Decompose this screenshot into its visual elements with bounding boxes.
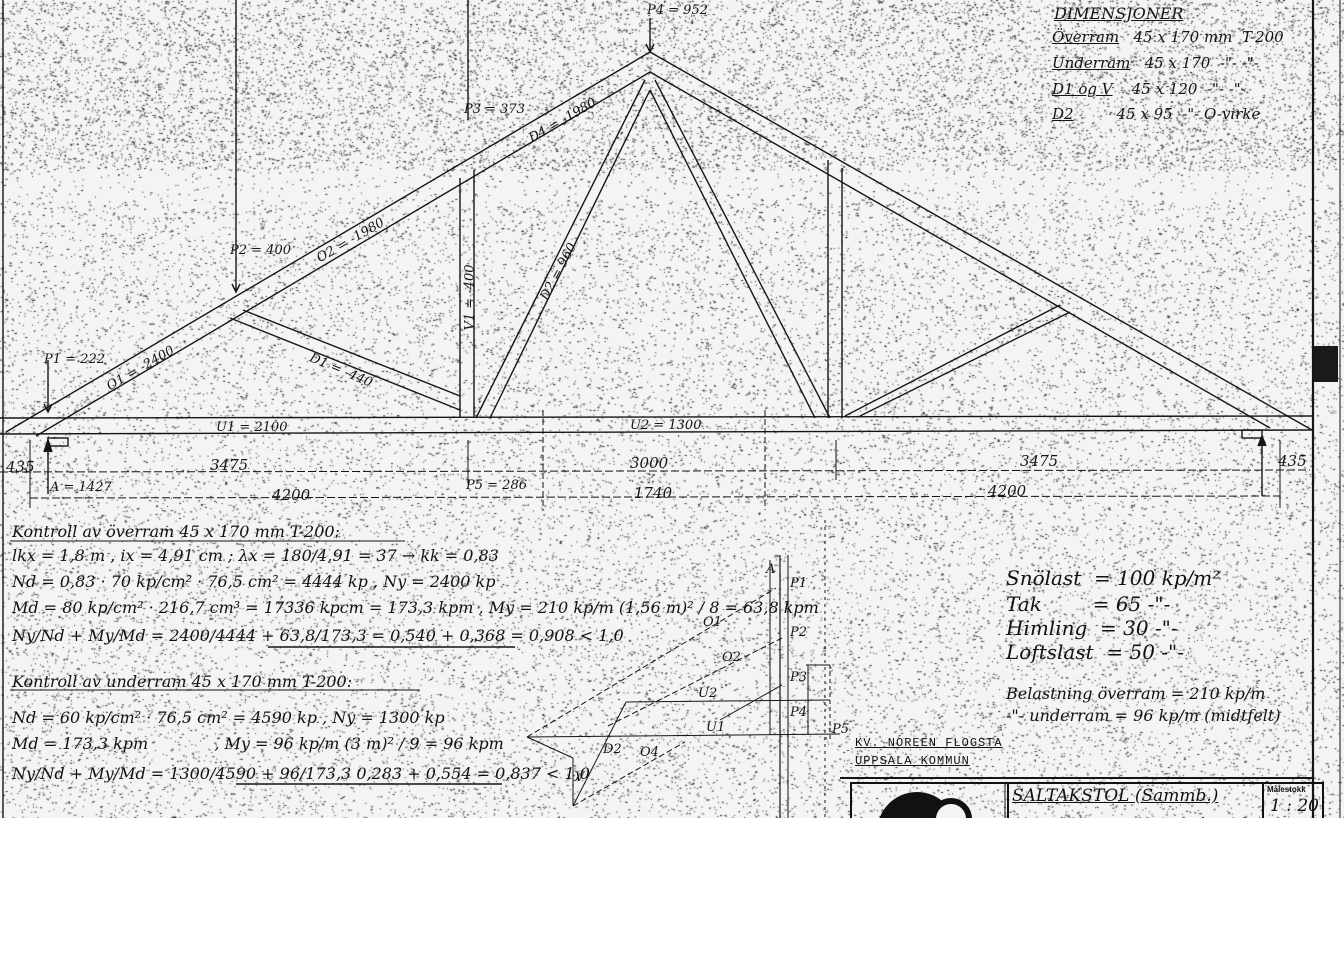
dim-span-mid: 3000: [630, 454, 668, 472]
dim-span-right: 3475: [1020, 452, 1058, 470]
calc-heading: Kontroll av överram 45 x 170 mm T-200:: [12, 522, 340, 541]
fp-label-a: A: [766, 562, 775, 577]
label-p2: P2 = 400: [230, 243, 291, 258]
load-row: Loftslast = 50 -"-: [1006, 640, 1184, 664]
calc-check-result: = 0,540 + 0,368 = 0,908 < 1,0: [372, 626, 624, 645]
load-label: Snölast: [1006, 566, 1081, 590]
fp-label-d2: D2: [603, 742, 622, 757]
fp-label-o1: O1: [703, 615, 722, 630]
scale-box: Målestokk 1 : 20: [1262, 784, 1322, 818]
label-p3: P3 = 373: [464, 102, 525, 117]
fp-label-p5: P5: [832, 722, 849, 737]
calc-my: , My = 96 kp/m (3 m)² / 9 = 96 kpm: [214, 734, 503, 753]
dim-size: 45 x 95: [1117, 105, 1173, 123]
calc-line: Nd = 0,83 · 70 kp/cm² · 76,5 cm² = 4444 …: [12, 572, 495, 591]
calc-check-lhs: Ny/Nd + My/Md = 1300/4590 + 96/173,3: [12, 764, 351, 783]
label-p4: P4 = 952: [647, 3, 708, 18]
dim-member: D1 og V: [1052, 80, 1113, 98]
load-top-chord: Belastning överram = 210 kp/m: [1006, 684, 1265, 703]
drawing-sheet: DIMENSJONER Överram 45 x 170 mm T-200 Un…: [0, 0, 1344, 818]
fp-label-p4: P4: [790, 705, 807, 720]
fp-label-o2: O2: [722, 650, 741, 665]
title-block: SALTAKSTOL (Sammb.) Målestokk 1 : 20: [850, 782, 1324, 818]
load-row: Snölast = 100 kp/m²: [1006, 566, 1220, 590]
dim-overhang-left: 435: [6, 458, 35, 476]
calc-line: lkx = 1,8 m , ix = 4,91 cm ; λx = 180/4,…: [12, 546, 499, 565]
calc-check-lhs: Ny/Nd + My/Md = 2400/4444 + 63,8/173,3: [12, 626, 367, 645]
label-u2: U2 = 1300: [630, 418, 701, 433]
load-label: Loftslast: [1006, 640, 1094, 664]
load-row: Tak = 65 -"-: [1006, 592, 1170, 616]
dim-grade: T-200: [1242, 28, 1284, 46]
dim-size: 45 x 170: [1145, 54, 1211, 72]
dim-span-left: 3475: [210, 456, 248, 474]
binding-sticker: [1314, 346, 1338, 382]
drawing-title: SALTAKSTOL (Sammb.): [1012, 786, 1218, 806]
dim-bay-right: 4200: [988, 482, 1026, 500]
dim-grade: -"- -"-: [1220, 54, 1259, 72]
dim-member: Överram: [1052, 28, 1119, 46]
calc-line: Md = 173,3 kpm , My = 96 kp/m (3 m)² / 9…: [12, 734, 504, 753]
scale-label: Målestokk: [1267, 785, 1306, 794]
dim-row: Överram 45 x 170 mm T-200: [1052, 28, 1284, 46]
dim-member: D2: [1052, 105, 1074, 123]
dim-row: D1 og V 45 x 120 -"- -"-: [1052, 80, 1246, 98]
dim-size: 45 x 170 mm: [1133, 28, 1232, 46]
label-v1: V1 = -400: [463, 264, 478, 330]
fp-label-p2: P2: [790, 625, 807, 640]
dim-bay-left: 4200: [272, 486, 310, 504]
load-label: Tak: [1006, 592, 1042, 616]
load-value: = 65 -"-: [1093, 592, 1171, 616]
dim-grade: -"- O-virke: [1182, 105, 1260, 123]
load-row: Himling = 30 -"-: [1006, 616, 1178, 640]
load-value: = 100 kp/m²: [1094, 566, 1220, 590]
dimensions-heading: DIMENSJONER: [1054, 4, 1183, 23]
calc-md: Md = 173,3 kpm: [12, 734, 148, 753]
load-value: = 50 -"-: [1106, 640, 1184, 664]
label-p5: P5 = 286: [466, 478, 527, 493]
label-a: A = 1427: [50, 480, 112, 495]
dim-row: Underram 45 x 170 -"- -"-: [1052, 54, 1259, 72]
company-logo: [852, 784, 1009, 818]
dim-member: Underram: [1052, 54, 1130, 72]
fp-label-v: V: [575, 770, 584, 785]
scale-value: 1 : 20: [1270, 796, 1319, 816]
fp-label-p3: P3: [790, 670, 807, 685]
calc-line: Md = 80 kp/cm² · 216,7 cm³ = 17336 kpcm …: [12, 598, 819, 617]
calc-heading: Kontroll av underram 45 x 170 mm T-200:: [12, 672, 352, 691]
calc-check: Ny/Nd + My/Md = 2400/4444 + 63,8/173,3 =…: [12, 626, 624, 645]
label-u1: U1 = 2100: [216, 420, 287, 435]
fp-label-d4: O4: [640, 745, 659, 760]
dim-overhang-right: 435: [1278, 452, 1307, 470]
fp-label-u1: U1: [706, 720, 725, 735]
calc-check-result: 0,283 + 0,554 = 0,837 < 1,0: [356, 764, 590, 783]
load-label: Himling: [1006, 616, 1087, 640]
project-municipality: UPPSALA KOMMUN: [855, 754, 970, 768]
load-bottom-chord: -"- underram = 96 kp/m (midtfelt): [1006, 706, 1281, 725]
dim-row: D2 45 x 95 -"- O-virke: [1052, 105, 1260, 123]
calc-line: Nd = 60 kp/cm² · 76,5 cm² = 4590 kp , Ny…: [12, 708, 445, 727]
dim-grade: -"- -"-: [1207, 80, 1246, 98]
project-name: KV. NOREEN FLOGSTA: [855, 736, 1003, 750]
dim-size: 45 x 120: [1132, 80, 1198, 98]
load-value: = 30 -"-: [1100, 616, 1178, 640]
fp-label-u2: U2: [698, 686, 717, 701]
dim-bay-mid: 1740: [634, 484, 672, 502]
label-p1: P1 = 222: [44, 352, 105, 367]
calc-check: Ny/Nd + My/Md = 1300/4590 + 96/173,3 0,2…: [12, 764, 590, 783]
fp-label-p1: P1: [790, 576, 807, 591]
